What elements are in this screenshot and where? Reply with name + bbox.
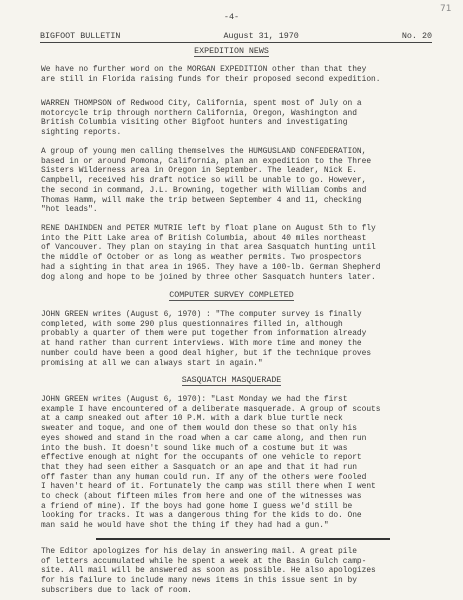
paragraph-morgan-expedition: We have no further word on the MORGAN EX… (41, 65, 451, 84)
section-title-sasquatch-masquerade: SASQUATCH MASQUERADE (0, 376, 463, 385)
paragraph-masquerade: JOHN GREEN writes (August 6, 1970): "Las… (41, 395, 451, 531)
page-number: -4- (0, 12, 463, 22)
paragraph-humgusland-confederation: A group of young men calling themselves … (41, 147, 451, 215)
handwritten-mark: 71 (440, 4, 451, 14)
paragraph-warren-thompson: WARREN THOMPSON of Redwood City, Califor… (41, 99, 451, 138)
newsletter-page: -4- 71 BIGFOOT BULLETIN August 31, 1970 … (0, 0, 463, 600)
section-title-computer-survey: COMPUTER SURVEY COMPLETED (0, 291, 463, 300)
publication-name: BIGFOOT BULLETIN (40, 31, 120, 41)
section-divider (96, 538, 390, 540)
issue-number: No. 20 (402, 31, 432, 41)
paragraph-editor-apology: The Editor apologizes for his delay in a… (41, 547, 451, 596)
paragraph-rene-dahinden: RENE DAHINDEN and PETER MUTRIE left by f… (41, 224, 451, 282)
paragraph-computer-survey: JOHN GREEN writes (August 6, 1970) : "Th… (41, 310, 451, 368)
bulletin-header: BIGFOOT BULLETIN August 31, 1970 No. 20 (40, 31, 432, 43)
section-title-expedition-news: EXPEDITION NEWS (0, 47, 463, 56)
issue-date: August 31, 1970 (223, 31, 298, 41)
